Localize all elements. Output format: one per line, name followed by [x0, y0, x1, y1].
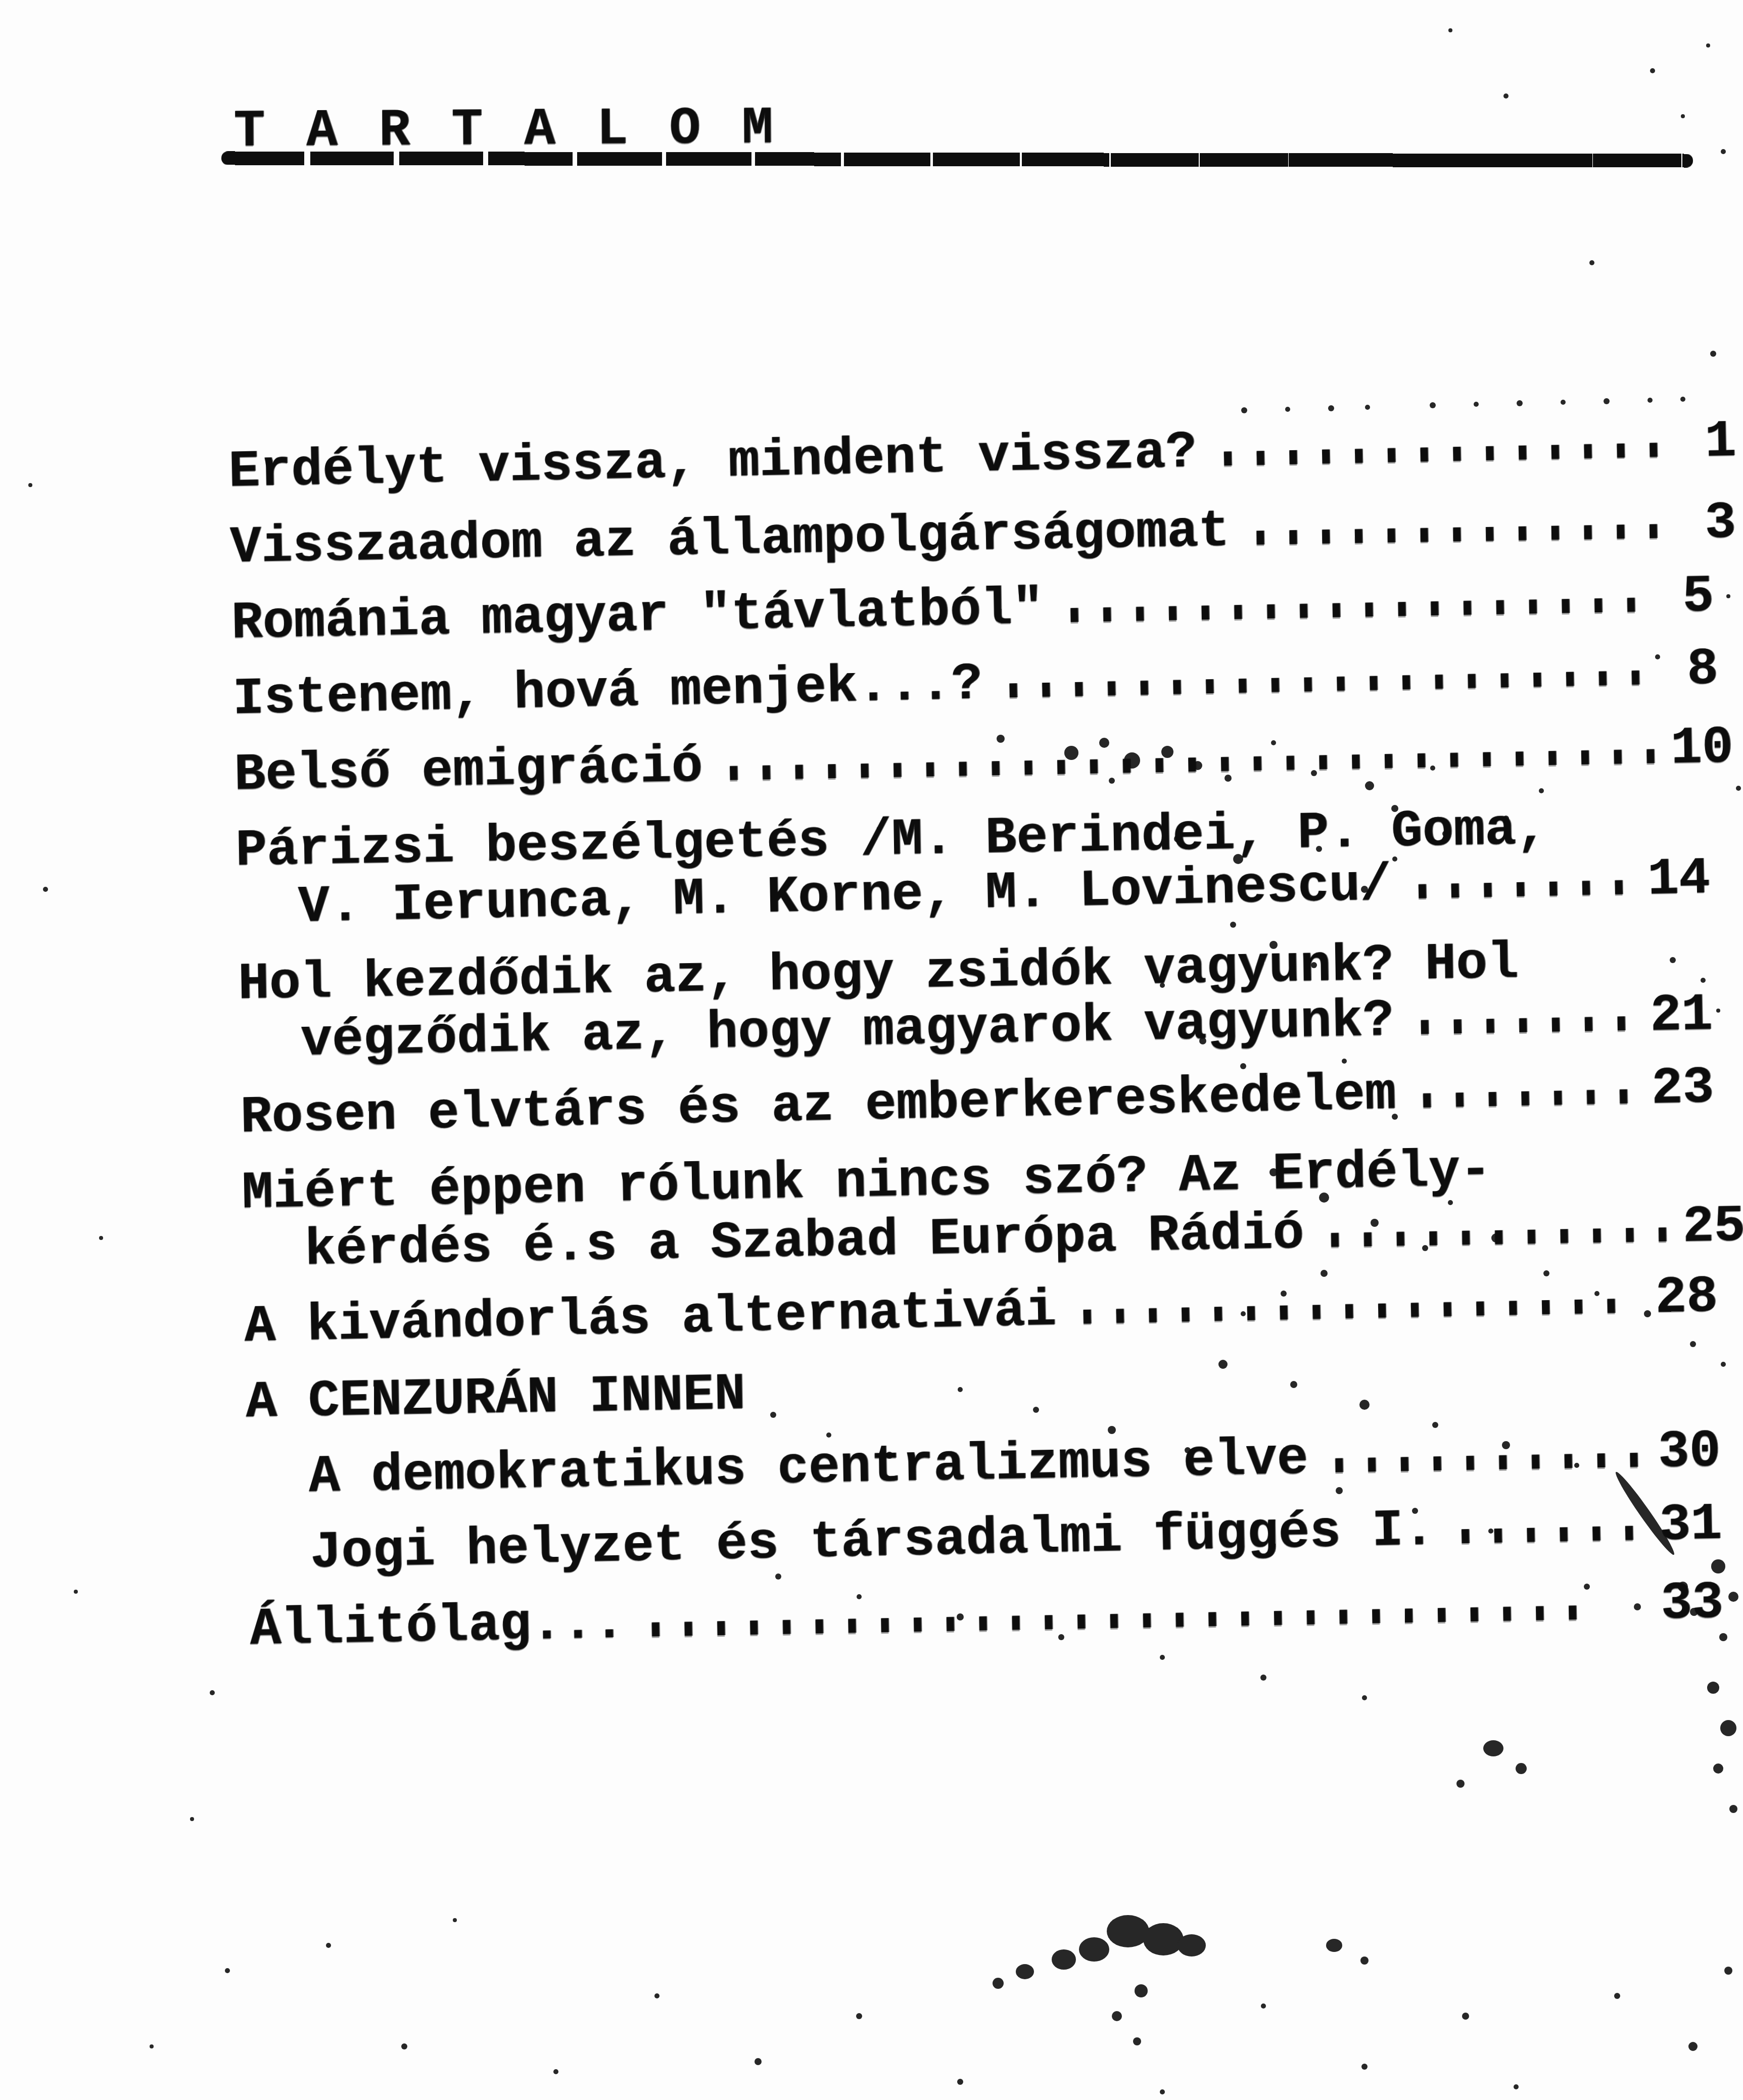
page-number: [1643, 840, 1709, 841]
page-number: 21: [1646, 987, 1713, 1044]
toc-entry: Rosen elvtárs és az emberkereskedelem...…: [240, 1060, 1715, 1147]
page-number: [1654, 1392, 1719, 1393]
dot-leader: .......: [1405, 819, 1637, 925]
page-number: 25: [1679, 1198, 1743, 1256]
toc-entry-label: A kivándorlás alternativái: [244, 1282, 1057, 1355]
page-number: 33: [1657, 1575, 1724, 1633]
toc-entry-label: A CENZURÁN INNEN: [245, 1366, 746, 1431]
dot-leader: .................: [1070, 1237, 1629, 1350]
dot-leader: .............................: [639, 1544, 1590, 1663]
dot-leader: .......: [1410, 1027, 1641, 1134]
toc-entry: Belső emigráció.........................…: [233, 720, 1708, 803]
page-number: 28: [1652, 1269, 1718, 1327]
page-number: 14: [1643, 850, 1710, 909]
page-number: 3: [1670, 495, 1736, 552]
page-number: 5: [1647, 568, 1714, 626]
toc: Erdélyt vissza, mindent vissza?.........…: [228, 417, 1724, 1658]
page-number: 30: [1654, 1423, 1721, 1481]
dot-leader: .............................: [717, 687, 1668, 806]
title-underline: [221, 151, 1693, 167]
page-number: 10: [1667, 720, 1733, 777]
toc-entry-label: Rosen elvtárs és az emberkereskedelem: [240, 1066, 1397, 1147]
toc-entry-label: Állitólag...: [249, 1595, 625, 1659]
toc-entry-label: Belső emigráció: [233, 738, 703, 803]
page-number: 31: [1656, 1496, 1722, 1554]
page-number: 1: [1670, 413, 1736, 471]
toc-entry-label: Erdélyt vissza, mindent vissza?: [228, 424, 1197, 500]
toc-entry-label: A demokratikus centralizmus elve: [308, 1431, 1309, 1506]
toc-entry-label: Románia magyar "távlatból": [231, 581, 1044, 652]
page-number: [1646, 974, 1712, 975]
toc-entry: A kivándorlás alternativái..............…: [244, 1269, 1718, 1356]
page-number: 23: [1647, 1060, 1714, 1118]
toc-entry: Állitólag...............................…: [249, 1575, 1724, 1658]
document-page: T A R T A L O M Erdélyt vissza, mindent …: [0, 0, 1743, 2100]
